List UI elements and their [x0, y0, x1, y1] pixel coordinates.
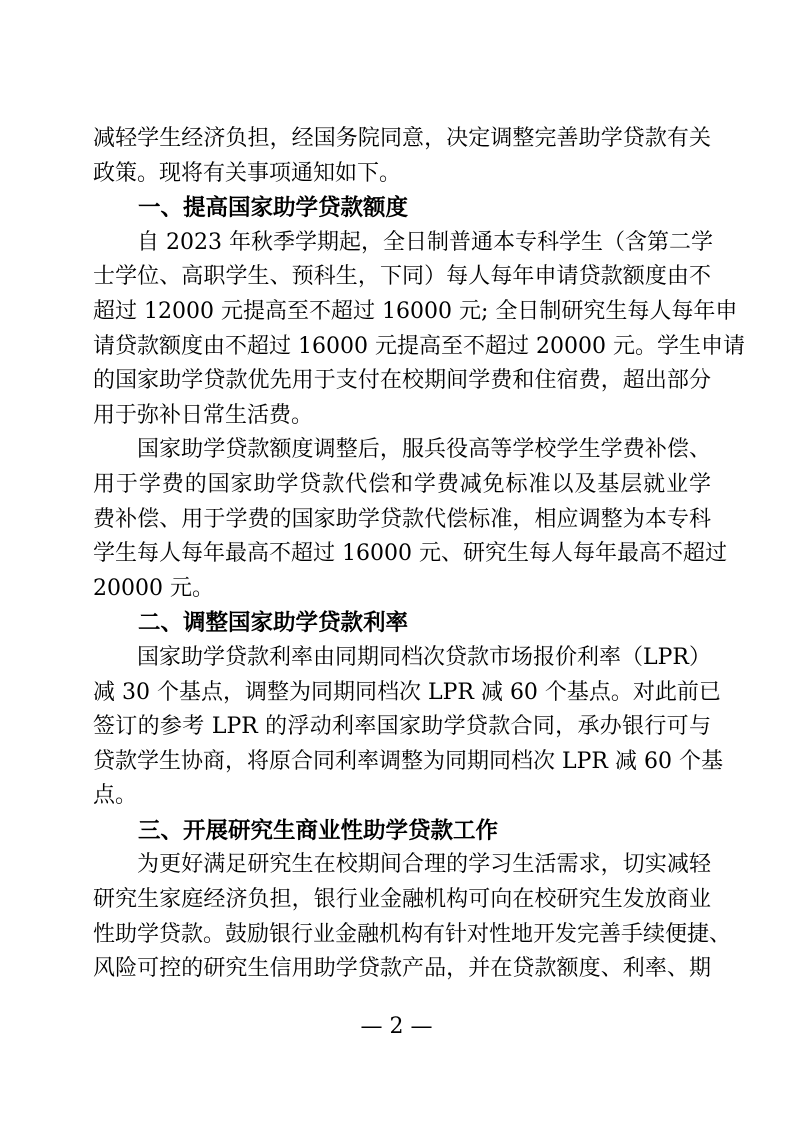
text-line: 用于弥补日常生活费。	[93, 399, 711, 434]
text-line: 为更好满足研究生在校期间合理的学习生活需求，切实减轻	[93, 848, 711, 883]
heading-line: 三、开展研究生商业性助学贷款工作	[93, 814, 711, 849]
text-line: 风险可控的研究生信用助学贷款产品，并在贷款额度、利率、期	[93, 952, 711, 987]
heading-line: 二、调整国家助学贷款利率	[93, 606, 711, 641]
paragraph: 减轻学生经济负担，经国务院同意，决定调整完善助学贷款有关政策。现将有关事项通知如…	[93, 122, 711, 191]
paragraph: 国家助学贷款额度调整后，服兵役高等学校学生学费补偿、用于学费的国家助学贷款代偿和…	[93, 433, 711, 606]
text-line: 国家助学贷款额度调整后，服兵役高等学校学生学费补偿、	[93, 433, 711, 468]
text-line: 自 2023 年秋季学期起，全日制普通本专科学生（含第二学	[93, 226, 711, 261]
text-line: 超过 12000 元提高至不超过 16000 元; 全日制研究生每人每年申	[93, 295, 711, 330]
paragraph: 自 2023 年秋季学期起，全日制普通本专科学生（含第二学士学位、高职学生、预科…	[93, 226, 711, 434]
text-line: 用于学费的国家助学贷款代偿和学费减免标准以及基层就业学	[93, 468, 711, 503]
text-line: 费补偿、用于学费的国家助学贷款代偿标准，相应调整为本专科	[93, 503, 711, 538]
paragraph: 为更好满足研究生在校期间合理的学习生活需求，切实减轻研究生家庭经济负担，银行业金…	[93, 848, 711, 986]
document-content: 减轻学生经济负担，经国务院同意，决定调整完善助学贷款有关政策。现将有关事项通知如…	[93, 122, 711, 987]
section-heading: 三、开展研究生商业性助学贷款工作	[93, 814, 711, 849]
text-line: 请贷款额度由不超过 16000 元提高至不超过 20000 元。学生申请	[93, 330, 711, 365]
text-line: 研究生家庭经济负担，银行业金融机构可向在校研究生发放商业	[93, 883, 711, 918]
document-page: 减轻学生经济负担，经国务院同意，决定调整完善助学贷款有关政策。现将有关事项通知如…	[0, 0, 793, 1122]
page-number: — 2 —	[0, 1010, 793, 1044]
text-line: 性助学贷款。鼓励银行业金融机构有针对性地开发完善手续便捷、	[93, 918, 711, 953]
text-line: 点。	[93, 779, 711, 814]
heading-line: 一、提高国家助学贷款额度	[93, 191, 711, 226]
text-line: 签订的参考 LPR 的浮动利率国家助学贷款合同，承办银行可与	[93, 710, 711, 745]
text-line: 学生每人每年最高不超过 16000 元、研究生每人每年最高不超过	[93, 537, 711, 572]
text-line: 减 30 个基点，调整为同期同档次 LPR 减 60 个基点。对此前已	[93, 676, 711, 711]
text-line: 国家助学贷款利率由同期同档次贷款市场报价利率（LPR）	[93, 641, 711, 676]
section-heading: 一、提高国家助学贷款额度	[93, 191, 711, 226]
paragraph: 国家助学贷款利率由同期同档次贷款市场报价利率（LPR）减 30 个基点，调整为同…	[93, 641, 711, 814]
text-line: 减轻学生经济负担，经国务院同意，决定调整完善助学贷款有关	[93, 122, 711, 157]
section-heading: 二、调整国家助学贷款利率	[93, 606, 711, 641]
text-line: 20000 元。	[93, 572, 711, 607]
text-line: 士学位、高职学生、预科生，下同）每人每年申请贷款额度由不	[93, 260, 711, 295]
text-line: 贷款学生协商，将原合同利率调整为同期同档次 LPR 减 60 个基	[93, 745, 711, 780]
text-line: 政策。现将有关事项通知如下。	[93, 157, 711, 192]
text-line: 的国家助学贷款优先用于支付在校期间学费和住宿费，超出部分	[93, 364, 711, 399]
